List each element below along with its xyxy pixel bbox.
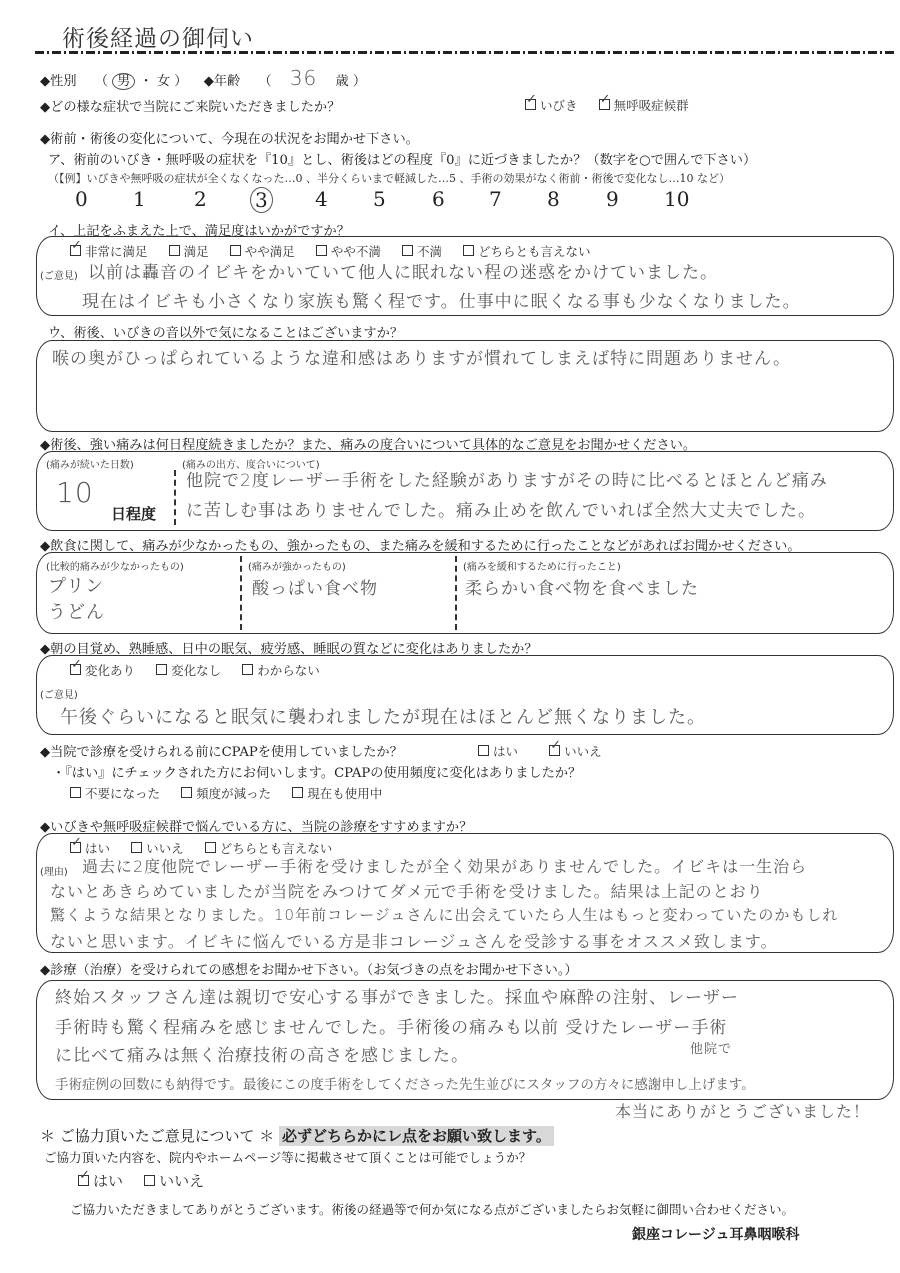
gender-label: ◆性別 — [40, 74, 77, 89]
satisfaction-option[interactable]: やや満足 — [230, 242, 295, 260]
consent-options: はい いいえ — [78, 1170, 220, 1191]
recommend-reason-line[interactable]: ないと思います。イビキに悩んでいる方是非コレージュさんを受診する事をオススメ致し… — [50, 929, 778, 952]
scale-1[interactable]: 1 — [133, 187, 146, 211]
recommend-reason-line[interactable]: 過去に2度他院でレーザー手術を受けましたが全く効果がありませんでした。イビキは一… — [82, 854, 807, 877]
scale-7[interactable]: 7 — [489, 187, 502, 211]
checkbox-icon[interactable] — [242, 664, 253, 675]
scale-6[interactable]: 6 — [432, 187, 445, 211]
food-col1-item[interactable]: うどん — [48, 598, 105, 624]
consent-option-yes[interactable]: はい — [78, 1170, 123, 1191]
impressions-closing[interactable]: 本当にありがとうございました！ — [615, 1099, 870, 1122]
checkbox-checked-icon[interactable] — [70, 842, 81, 853]
food-col1-label: (比較的痛みが少なかったもの) — [46, 558, 184, 573]
improvement-scale: 0 1 2 3 4 5 6 7 8 9 10 — [75, 187, 775, 213]
age-unit: 歳 — [335, 74, 348, 89]
cpap-followup-question: ・『はい』にチェックされた方にお伺いします。CPAPの使用頻度に変化はありました… — [52, 762, 581, 781]
food-col3-label: (痛みを緩和するために行ったこと) — [463, 558, 621, 573]
consent-heading-prefix: ＊ ご協力頂いたご意見について ＊ — [40, 1127, 274, 1145]
satisfaction-option[interactable]: 不満 — [402, 242, 442, 260]
checkbox-icon[interactable] — [205, 842, 216, 853]
impressions-insertion[interactable]: 他院で — [690, 1038, 732, 1057]
cpap-option-yes[interactable]: はい — [478, 742, 518, 760]
scale-10[interactable]: 10 — [664, 187, 689, 211]
food-col2-label: (痛みが強かったもの) — [248, 558, 346, 573]
checkbox-checked-icon[interactable] — [70, 245, 81, 256]
sleep-option[interactable]: わからない — [242, 661, 320, 679]
checkbox-checked-icon[interactable] — [78, 1175, 89, 1186]
checkbox-icon[interactable] — [131, 842, 142, 853]
sleep-comment[interactable]: 午後ぐらいになると眠気に襲われましたが現在はほとんど無くなりました。 — [60, 703, 706, 729]
pain-days-value[interactable]: 10 — [56, 476, 94, 509]
checkbox-icon[interactable] — [478, 745, 489, 756]
checkbox-checked-icon[interactable] — [525, 99, 536, 110]
sleep-comment-label: (ご意見) — [40, 686, 78, 701]
satisfaction-option[interactable]: どちらとも言えない — [463, 242, 591, 260]
cpap-option-no[interactable]: いいえ — [549, 742, 602, 760]
food-col1-item[interactable]: プリン — [48, 572, 104, 598]
consent-option-no[interactable]: いいえ — [144, 1170, 204, 1191]
age-value[interactable]: 36 — [290, 66, 317, 90]
footer-thanks: ご協力いただきましてありがとうございます。術後の経過等で何か気になる点がございま… — [70, 1200, 794, 1218]
scale-3-selected[interactable]: 3 — [250, 187, 273, 213]
change-question: ◆術前・術後の変化について、今現在の状況をお聞かせ下さい。 — [40, 128, 419, 147]
satisfaction-comment-line[interactable]: 現在はイビキも小さくなり家族も驚く程です。仕事中に眠くなる事も少なくなりました。 — [82, 287, 801, 312]
scale-4[interactable]: 4 — [315, 187, 328, 211]
checkbox-icon[interactable] — [292, 787, 303, 798]
food-col2-item[interactable]: 酸っぱい食べ物 — [252, 574, 378, 599]
cpap-options: はい いいえ — [478, 741, 618, 760]
checkbox-icon[interactable] — [181, 787, 192, 798]
pain-detail-line[interactable]: 他院で2度レーザー手術をした経験がありますがその時に比べるとほとんど痛み — [186, 466, 828, 491]
consent-heading-emphasis: 必ずどちらかにレ点をお願い致します。 — [279, 1126, 554, 1146]
other-concerns-answer[interactable]: 喉の奥がひっぱられているような違和感はありますが慣れてしまえば特に問題ありません… — [52, 344, 791, 369]
scale-5[interactable]: 5 — [373, 187, 386, 211]
page-title: 術後経過の御伺い — [62, 20, 254, 53]
change-example: （【例】いびきや無呼吸の症状が全くなくなった…0 、半分くらいまで軽減した…5 … — [48, 170, 730, 186]
recommend-reason-line[interactable]: ないとあきらめていましたが当院をみつけてダメ元で手術を受けました。結果は上記のと… — [50, 879, 764, 902]
consent-question: ご協力頂いた内容を、院内やホームページ等に掲載させて頂くことは可能でしょうか？ — [44, 1148, 531, 1166]
other-concerns-question: ウ、術後、いびきの音以外で気になることはございますか？ — [48, 322, 403, 341]
satisfaction-option[interactable]: 満足 — [169, 242, 209, 260]
gender-option-female[interactable]: 女 — [157, 74, 170, 89]
symptom-option-apnea[interactable]: 無呼吸症候群 — [599, 96, 689, 114]
impressions-line[interactable]: に比べて痛みは無く治療技術の高さを感じました。 — [55, 1041, 469, 1066]
scale-8[interactable]: 8 — [547, 187, 560, 211]
scale-2[interactable]: 2 — [194, 187, 207, 211]
cpap-followup-option[interactable]: 現在も使用中 — [292, 784, 382, 802]
pain-detail-line[interactable]: に苦しむ事はありませんでした。痛み止めを飲んでいれば全然大丈夫でした。 — [186, 496, 816, 521]
checkbox-icon[interactable] — [402, 245, 413, 256]
impressions-line[interactable]: 終始スタッフさん達は親切で安心する事ができました。採血や麻酔の注射、レーザー — [55, 983, 739, 1008]
impressions-line[interactable]: 手術症例の回数にも納得です。最後にこの度手術をしてくださった先生並びにスタッフの… — [55, 1073, 755, 1093]
consent-heading: ＊ ご協力頂いたご意見について ＊ 必ずどちらかにレ点をお願い致します。 — [40, 1125, 554, 1146]
symptoms-question: ◆どの様な症状で当院にご来院いただきましたか？ — [40, 96, 340, 115]
cpap-followup-option[interactable]: 頻度が減った — [181, 784, 271, 802]
checkbox-icon[interactable] — [169, 245, 180, 256]
checkbox-icon[interactable] — [156, 664, 167, 675]
pain-days-label: (痛みが続いた日数) — [46, 456, 134, 471]
checkbox-icon[interactable] — [70, 787, 81, 798]
recommend-reason-label: (理由) — [40, 863, 68, 878]
checkbox-icon[interactable] — [316, 245, 327, 256]
pain-days-unit: 日程度 — [111, 503, 156, 524]
title-divider — [35, 51, 897, 54]
checkbox-icon[interactable] — [463, 245, 474, 256]
checkbox-checked-icon[interactable] — [549, 745, 560, 756]
change-sub-a: ア、術前のいびき・無呼吸の症状を『10』とし、術後はどの程度『0』に近づきました… — [48, 149, 756, 168]
satisfaction-comment-label: (ご意見) — [40, 267, 78, 282]
cpap-followup-options: 不要になった 頻度が減った 現在も使用中 — [70, 783, 398, 802]
scale-0[interactable]: 0 — [75, 187, 88, 211]
sleep-options: 変化あり 変化なし わからない — [70, 660, 336, 679]
checkbox-icon[interactable] — [144, 1175, 155, 1186]
impressions-line[interactable]: 手術時も驚く程痛みを感じませんでした。手術後の痛みも以前 受けたレーザー手術 — [55, 1013, 727, 1038]
checkbox-checked-icon[interactable] — [599, 99, 610, 110]
age-label: ◆年齢 — [204, 74, 241, 89]
symptom-option-snoring[interactable]: いびき — [525, 96, 578, 114]
checkbox-checked-icon[interactable] — [70, 664, 81, 675]
pain-divider — [174, 470, 176, 525]
food-col3-item[interactable]: 柔らかい食べ物を食べました — [465, 574, 699, 599]
clinic-name: 銀座コレージュ耳鼻咽喉科 — [632, 1224, 799, 1244]
cpap-followup-option[interactable]: 不要になった — [70, 784, 160, 802]
gender-age-row: ◆性別 （ 男 ・ 女 ） ◆年齢 （ 36 歳 ） — [40, 66, 366, 90]
food-divider-1 — [240, 556, 242, 630]
checkbox-icon[interactable] — [230, 245, 241, 256]
scale-9[interactable]: 9 — [606, 187, 619, 211]
sleep-option[interactable]: 変化あり — [70, 661, 135, 679]
satisfaction-option[interactable]: 非常に満足 — [70, 242, 148, 260]
recommend-reason-line[interactable]: 驚くような結果となりました。10年前コレージュさんに出会えていたら人生はもっと変… — [50, 904, 838, 925]
symptoms-options: いびき 無呼吸症候群 — [525, 95, 705, 114]
impressions-question: ◆診療（治療）を受けられての感想をお聞かせ下さい。（お気づきの点をお聞かせ下さい… — [40, 959, 578, 978]
satisfaction-comment-line[interactable]: 以前は轟音のイビキをかいていて他人に眠れない程の迷惑をかけていました。 — [88, 258, 718, 283]
satisfaction-option[interactable]: やや不満 — [316, 242, 381, 260]
sleep-option[interactable]: 変化なし — [156, 661, 221, 679]
food-divider-2 — [455, 556, 457, 630]
gender-option-male[interactable]: 男 — [112, 73, 135, 90]
cpap-question: ◆当院で診療を受けられる前にCPAPを使用していましたか？ — [40, 741, 403, 760]
